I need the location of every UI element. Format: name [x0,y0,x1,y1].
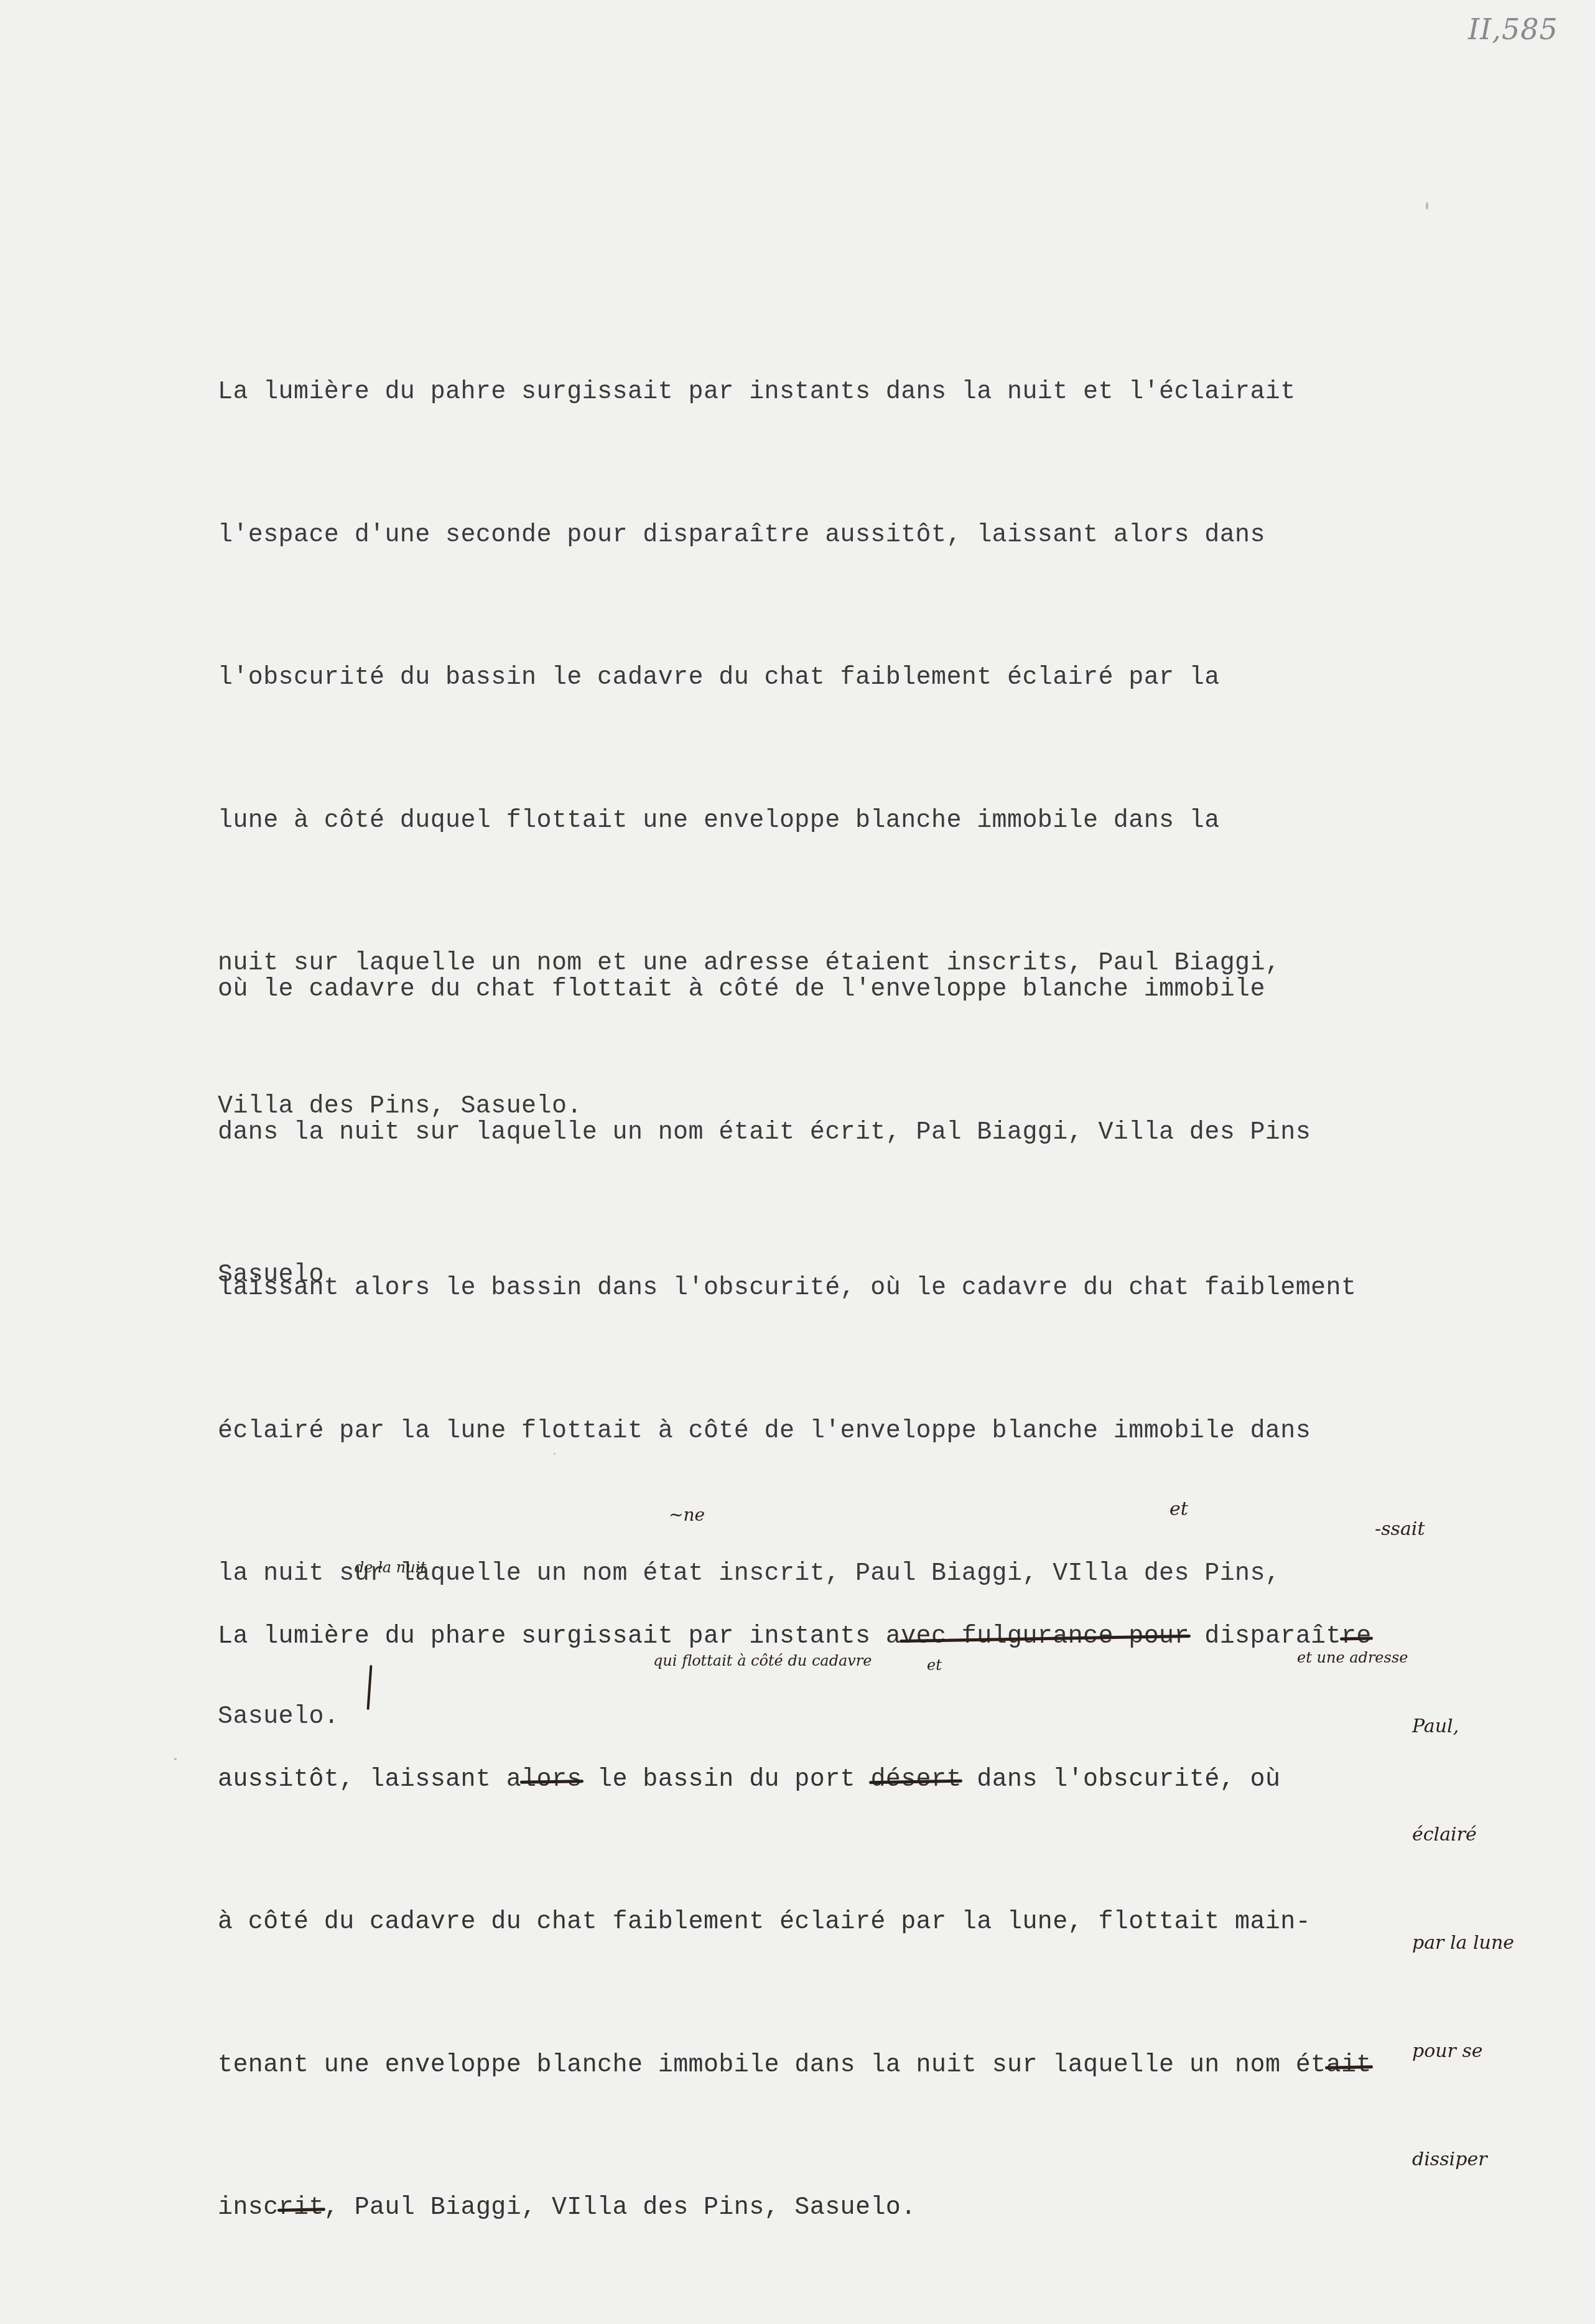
text-line: dans la nuit sur laquelle un nom était é… [218,1109,1311,1157]
text-run: dans l'obscurité, où [962,1766,1280,1794]
revised-line-3: à côté du cadavre du chat faiblement écl… [218,1899,1372,1947]
margin-note-line: Paul, [1412,1709,1514,1745]
paper-speck [554,1453,556,1455]
text-line: lune à côté duquel flottait une envelopp… [218,798,1296,846]
manuscript-page: II,585 La lumière du pahre surgissait pa… [0,0,1595,2324]
margin-annotation: Paul, éclairé par la lune pour se dissip… [1412,1636,1514,2250]
text-line: La lumière du pahre surgissait par insta… [218,369,1296,417]
text-run: aussitôt, laissant a [218,1766,521,1794]
text-line: éclairé par la lune flottait à côté de l… [218,1408,1356,1456]
handwritten-note: qui flottait à côté du cadavre [653,1652,872,1669]
text-line: l'espace d'une seconde pour disparaître … [218,512,1296,560]
text-run: sur laquelle un nom ét [992,2051,1326,2079]
struck-text: ait [1326,2051,1372,2079]
handwritten-note: ~ne [669,1505,705,1525]
text-line: laissant alors le bassin dans l'obscurit… [218,1265,1356,1313]
revised-line-5: inscrit, Paul Biaggi, VIlla des Pins, Sa… [218,2185,1372,2233]
text-run: tenant une [218,2051,370,2079]
handwritten-note: et une adresse [1297,1649,1408,1666]
folio-number: II,585 [1468,12,1558,46]
text-run: immobile dans la nuit [658,2051,977,2079]
revised-line-2: aussitôt, laissant alors le bassin du po… [218,1757,1372,1804]
handwritten-note: et [927,1656,942,1674]
handwritten-note: -ssait [1375,1518,1425,1540]
text-line: où le cadavre du chat flottait à côté de… [218,966,1311,1014]
struck-text: re [1341,1623,1372,1651]
margin-note-line: dissiper [1412,2142,1514,2178]
paper-speck [174,1758,177,1760]
text-run: disparaît [1189,1623,1341,1651]
text-run: , Paul Biaggi, VIlla des Pins, Sasuelo. [324,2194,916,2222]
paper-speck [1426,202,1428,210]
text-run: insc [218,2194,279,2222]
margin-note-line: éclairé [1412,1817,1514,1853]
text-run: La lumière du phare surgissait par insta… [218,1623,901,1651]
struck-text: vec fulgurance pour [901,1623,1189,1651]
handwritten-note: et [1170,1498,1188,1520]
text-run: enveloppe blanche [370,2051,643,2079]
text-run: le bassin du port [582,1766,871,1794]
margin-note-line: par la lune [1412,1925,1514,1961]
struck-text: lors [521,1766,582,1794]
text-line: l'obscurité du bassin le cadavre du chat… [218,655,1296,702]
handwritten-note: de la nuit [355,1559,426,1576]
struck-text: désert [870,1766,961,1794]
struck-text: rit [279,2194,324,2222]
text-block-revised: La lumière du phare surgissait par insta… [218,1518,1372,2324]
margin-note-line: pour se [1412,2033,1514,2070]
revised-line-4: tenant une enveloppe blanche immobile da… [218,2042,1372,2090]
